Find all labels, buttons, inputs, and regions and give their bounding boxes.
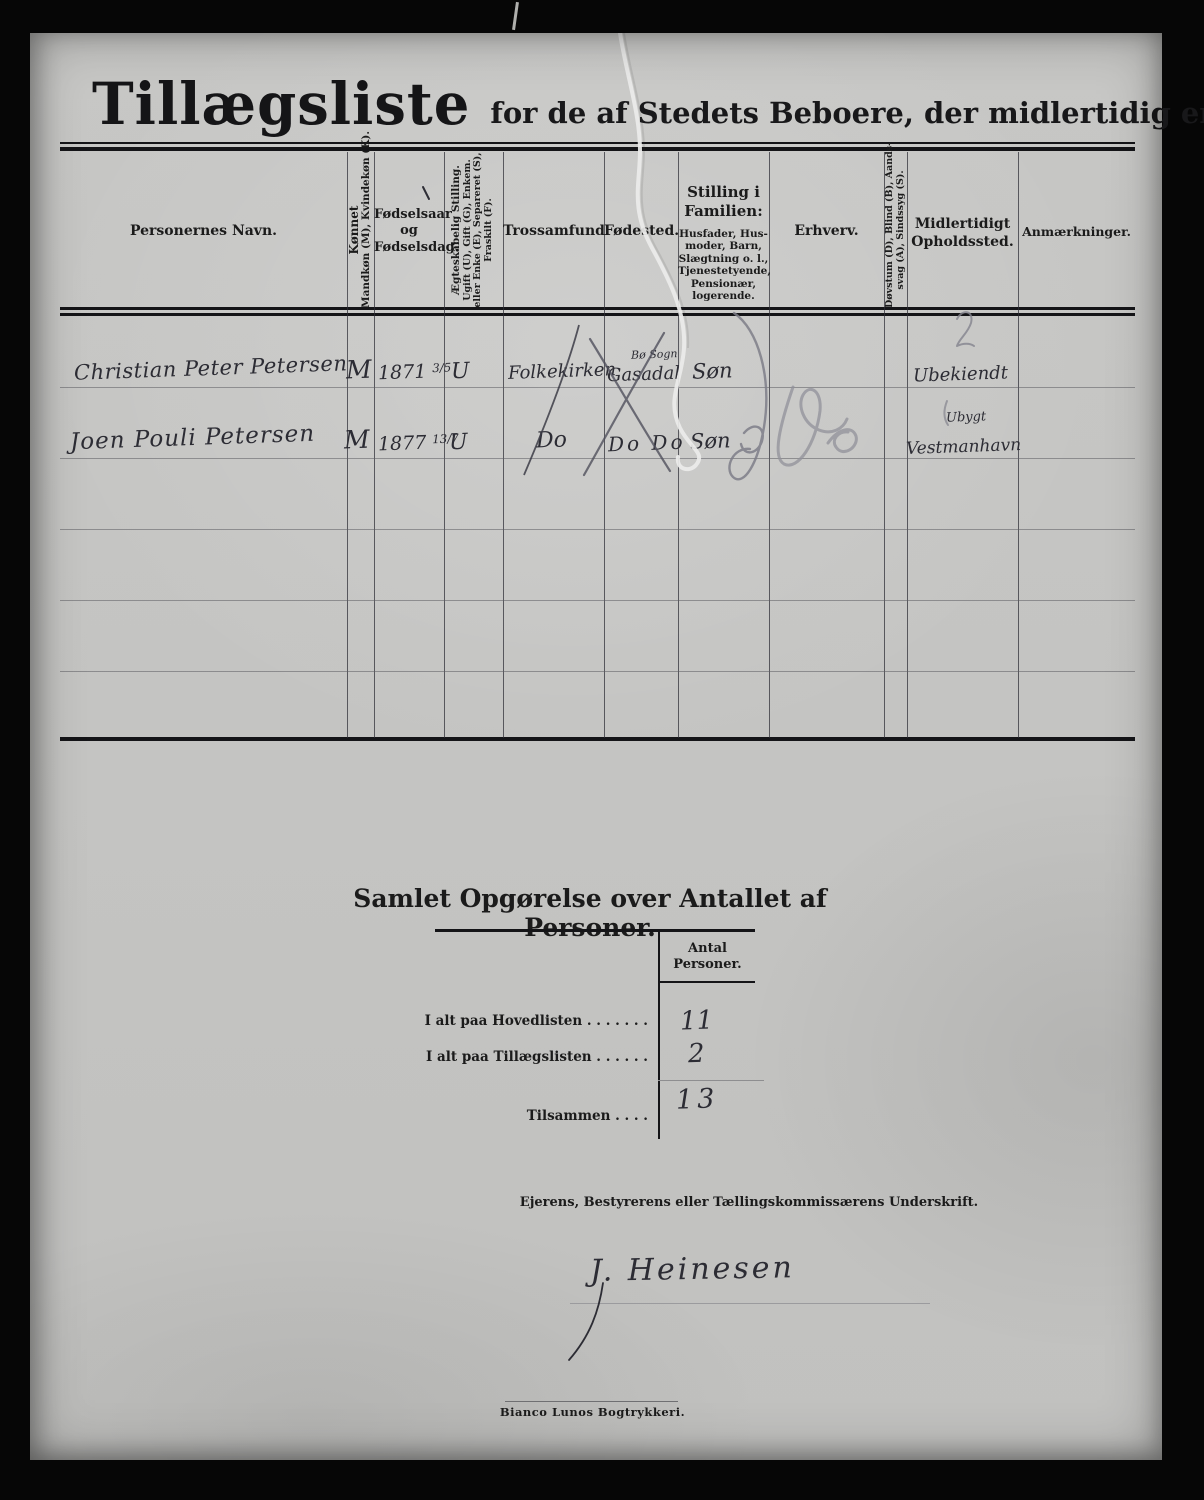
summary-label-tilsammen: Tilsammen . . . . bbox=[370, 1108, 648, 1124]
column-header-family-sub: Slægtning o. l., bbox=[678, 253, 769, 266]
column-header-sex: Kønnet Mandkøn (M), Kvindekøn (K). bbox=[348, 152, 373, 308]
row-2-family: Søn bbox=[690, 430, 731, 452]
pencil-loop-mark bbox=[729, 313, 766, 479]
summary-sum-rule bbox=[658, 1080, 764, 1081]
ink-tick-mark bbox=[423, 187, 429, 199]
column-header-name: Personernes Navn. bbox=[60, 223, 347, 241]
column-header-occupation: Erhverv. bbox=[769, 223, 884, 241]
column-header-residence: Midlertidigt Opholdssted. bbox=[907, 216, 1018, 251]
row-2-name: Joen Pouli Petersen bbox=[70, 423, 316, 455]
column-header-sex-line2: Mandkøn (M), Kvindekøn (K). bbox=[361, 152, 373, 308]
row-1-name: Christian Peter Petersen bbox=[74, 353, 348, 384]
summary-colheader-rule bbox=[660, 981, 755, 983]
row-line bbox=[60, 600, 1135, 601]
row-1-birth: 1871 3/5 bbox=[378, 362, 452, 384]
summary-value-tillaegslisten: 2 bbox=[688, 1041, 705, 1068]
row-2-marital: U bbox=[449, 432, 468, 455]
column-header-marital-line1: Ægteskabelig Stilling. bbox=[451, 152, 463, 308]
row-2-birthplace: Do Do bbox=[608, 432, 686, 455]
printer-imprint: Bianco Lunos Bogtrykkeri. bbox=[460, 1405, 725, 1419]
row-1-family: Søn bbox=[692, 360, 733, 382]
signature-name: J. Heinesen bbox=[590, 1253, 795, 1287]
column-header-birth-line2: og bbox=[374, 223, 444, 239]
column-header-birth: Fødselsaar og Fødselsdag. bbox=[374, 207, 444, 256]
column-header-birth-line1: Fødselsaar bbox=[374, 207, 444, 223]
column-header-birthplace: Fødested. bbox=[604, 223, 678, 241]
row-2-residence-note: Ubygt bbox=[946, 410, 987, 424]
summary-col-header-line1: Antal bbox=[660, 941, 755, 957]
row-1-residence: Ubekiendt bbox=[913, 364, 1009, 385]
column-header-disability-line2: svag (A), Sindssyg (S). bbox=[896, 152, 907, 308]
summary-label-hovedlisten: I alt paa Hovedlisten . . . . . . . bbox=[370, 1013, 648, 1029]
paper-crease-top-tick bbox=[512, 2, 519, 30]
printer-rule bbox=[505, 1401, 678, 1402]
column-header-residence-line2: Opholdssted. bbox=[907, 234, 1018, 252]
column-header-residence-line1: Midlertidigt bbox=[907, 216, 1018, 234]
column-header-sex-line1: Kønnet bbox=[348, 152, 361, 308]
row-1-faith: Folkekirken bbox=[508, 361, 617, 383]
signature-line bbox=[570, 1303, 930, 1304]
signature-flourish bbox=[569, 1283, 603, 1360]
row-line bbox=[60, 671, 1135, 672]
header-bottom-rule-1 bbox=[60, 307, 1135, 310]
column-header-family-line2: Familien: bbox=[678, 202, 769, 221]
row-2-sex: M bbox=[344, 427, 370, 453]
summary-label-tillaegslisten: I alt paa Tillægslisten . . . . . . bbox=[370, 1049, 648, 1065]
summary-col-header: Antal Personer. bbox=[660, 941, 755, 974]
row-2-residence: Vestmanhavn bbox=[906, 437, 1022, 458]
signature-caption: Ejerens, Bestyrerens eller Tællingskommi… bbox=[489, 1195, 1009, 1210]
column-header-family-sub: Tjenestetyende, bbox=[678, 265, 769, 278]
row-1-birth-year: 1871 bbox=[378, 361, 427, 385]
column-header-family-line1: Stilling i bbox=[678, 183, 769, 202]
row-1-birthplace: Gasadal bbox=[607, 365, 681, 386]
title-rule-thick bbox=[60, 147, 1135, 151]
document-page: Tillægsliste for de af Stedets Beboere, … bbox=[30, 33, 1162, 1460]
column-header-family: Stilling i Familien: Husfader, Hus- mode… bbox=[678, 183, 769, 303]
row-line bbox=[60, 387, 1135, 388]
summary-col-header-line2: Personer. bbox=[660, 957, 755, 973]
document-title: Tillægsliste for de af Stedets Beboere, … bbox=[92, 71, 1204, 137]
row-1-birthplace-note: Bø Sogn bbox=[631, 348, 678, 361]
row-1-birth-day: 3/5 bbox=[432, 360, 451, 375]
column-header-family-sub: logerende. bbox=[678, 290, 769, 303]
column-header-remarks: Anmærkninger. bbox=[1018, 224, 1135, 240]
column-header-marital-line4: Fraskilt (F). bbox=[484, 152, 495, 308]
title-main: Tillægsliste bbox=[92, 70, 470, 139]
column-header-marital: Ægteskabelig Stilling. Ugift (U), Gift (… bbox=[451, 152, 495, 308]
column-header-disability: Døvstum (D), Blind (B), Aands- svag (A),… bbox=[885, 152, 906, 308]
summary-heading: Samlet Opgørelse over Antallet af Person… bbox=[305, 884, 875, 942]
column-header-family-sub: Husfader, Hus- bbox=[678, 228, 769, 241]
column-header-faith: Trossamfund. bbox=[503, 223, 604, 241]
row-2-birth-year: 1877 bbox=[378, 432, 427, 456]
table-bottom-rule bbox=[60, 737, 1135, 741]
pencil-figure-mark bbox=[957, 312, 974, 346]
column-header-birth-line3: Fødselsdag. bbox=[374, 240, 444, 256]
title-rule-thin bbox=[60, 142, 1135, 144]
row-2-birth: 1877 13/7 bbox=[378, 433, 459, 455]
header-bottom-rule-2 bbox=[60, 313, 1135, 316]
summary-value-tilsammen: 13 bbox=[676, 1085, 719, 1113]
row-2-faith: Do bbox=[536, 429, 568, 452]
row-line bbox=[60, 529, 1135, 530]
row-1-sex: M bbox=[346, 357, 372, 383]
scan-background: { "colors": {"paper":"#c6c6c4","ink":"#1… bbox=[0, 0, 1204, 1500]
summary-top-rule bbox=[435, 929, 755, 932]
title-subtitle: for de af Stedets Beboere, der midlertid… bbox=[490, 96, 1204, 130]
summary-value-hovedlisten: 11 bbox=[680, 1007, 714, 1034]
column-header-family-sub: Pensionær, bbox=[678, 278, 769, 291]
column-header-family-sub: moder, Barn, bbox=[678, 240, 769, 253]
row-1-marital: U bbox=[451, 361, 470, 384]
pencil-scribble-mark bbox=[778, 387, 856, 465]
row-line bbox=[60, 458, 1135, 459]
